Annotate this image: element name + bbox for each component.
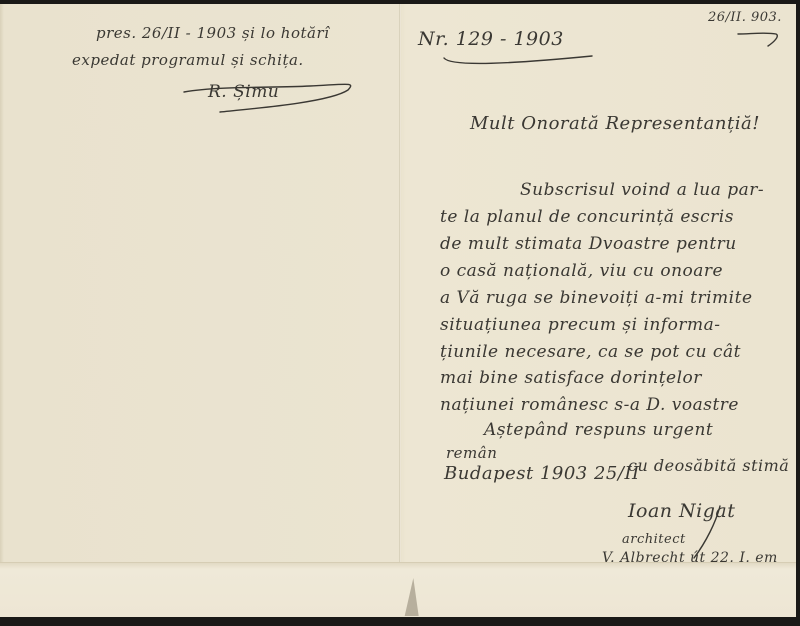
vertical-fold: [399, 4, 401, 616]
address: V. Albrecht út 22. I. em: [602, 550, 778, 566]
letter-sheet: [0, 4, 796, 616]
closing-line-2: remân: [446, 444, 497, 462]
annotation-line-1: pres. 26/II - 1903 și lo hotărî: [96, 24, 329, 42]
body-line-7: țiunile necesare, ca se pot cu cât: [440, 342, 741, 362]
right-page: [400, 4, 796, 616]
body-line-8: mai bine satisface dorințelor: [440, 368, 702, 388]
body-line-2: te la planul de concurință escris: [440, 207, 734, 227]
horizontal-fold: [0, 562, 796, 617]
registry-underline-icon: [440, 50, 600, 70]
date-flourish-icon: [736, 28, 782, 50]
body-line-9: națiunei românesc s-a D. voastre: [440, 395, 739, 415]
closing-line-1: Aștepând respuns urgent: [484, 420, 713, 440]
signature-title: architect: [622, 532, 686, 547]
body-line-1: Subscrisul voind a lua par-: [520, 180, 764, 200]
annotation-line-2: expedat programul și schița.: [72, 51, 304, 69]
registry-number: Nr. 129 - 1903: [418, 28, 564, 50]
body-line-4: o casă națională, viu cu onoare: [440, 261, 723, 281]
valediction: cu deosăbită stimă: [628, 456, 789, 475]
signature-flourish-icon: [180, 78, 360, 118]
body-line-3: de mult stimata Dvoastre pentru: [440, 234, 737, 254]
salutation: Mult Onorată Representanțiă!: [470, 113, 760, 134]
body-line-6: situațiunea precum și informa-: [440, 315, 721, 335]
place-date: Budapest 1903 25/II: [444, 463, 640, 484]
body-line-5: a Vă ruga se binevoiți a-mi trimite: [440, 288, 753, 308]
date-stamp: 26/II. 903.: [708, 10, 782, 25]
